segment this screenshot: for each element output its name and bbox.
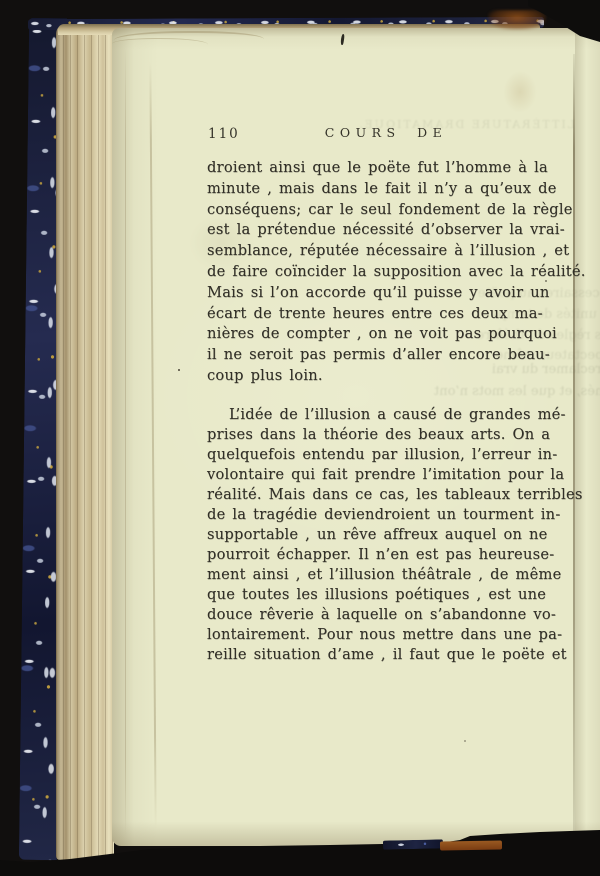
page-number: 110 xyxy=(208,126,240,142)
ink-mark xyxy=(340,34,345,45)
ink-speck xyxy=(545,280,547,282)
text-line: que toutes les illusions poétiques , est… xyxy=(207,585,528,605)
text-line: prises dans la théorie des beaux arts. O… xyxy=(207,425,528,445)
text-line: écart de trente heures entre ces deux ma… xyxy=(207,304,528,325)
page-edges-stack xyxy=(56,24,114,860)
text-line: quelquefois entendu par illusion, l’erre… xyxy=(207,445,528,465)
marbled-cover-fragment xyxy=(383,839,443,849)
text-line: reille situation d’ame , il faut que le … xyxy=(207,645,528,665)
text-line: nières de compter , on ne voit pas pourq… xyxy=(207,324,528,345)
text-line: pourroit échapper. Il n’en est pas heure… xyxy=(207,545,528,565)
text-line: de faire coïncider la supposition avec l… xyxy=(207,262,528,283)
page-fold-shade xyxy=(575,28,600,846)
text-line: semblance, réputée nécessaire à l’illusi… xyxy=(207,241,528,262)
text-line: conséquens; car le seul fondement de la … xyxy=(207,200,528,221)
paragraph-1: droient ainsi que le poëte fut l’homme à… xyxy=(207,158,528,387)
leather-smudge xyxy=(488,10,546,30)
running-head: COURS DE xyxy=(325,125,447,140)
text-line: il ne seroit pas permis d’aller encore b… xyxy=(207,345,528,366)
page-header: 110 COURS DE xyxy=(207,125,529,143)
leather-edge-fragment xyxy=(440,840,502,850)
ink-speck xyxy=(178,369,180,371)
text-line: L’idée de l’illusion a causé de grandes … xyxy=(207,405,528,425)
text-line: réalité. Mais dans ce cas, les tableaux … xyxy=(207,485,528,505)
page-curl-line xyxy=(112,38,208,51)
text-line: supportable , un rêve affreux auquel on … xyxy=(207,525,528,545)
text-line: droient ainsi que le poëte fut l’homme à… xyxy=(207,158,528,179)
text-line: volontaire qui fait prendre l’imitation … xyxy=(207,465,528,485)
photo-backdrop: LITTÉRATURE DRAMATIQUE. sont nécessaires… xyxy=(0,0,600,876)
book-page: LITTÉRATURE DRAMATIQUE. sont nécessaires… xyxy=(112,28,600,846)
ink-speck xyxy=(464,740,466,742)
text-line: minute , mais dans le fait il n’y a qu’e… xyxy=(207,179,528,200)
text-line: coup plus loin. xyxy=(207,366,528,387)
text-line: est la prétendue nécessité d’observer la… xyxy=(207,220,528,241)
paragraph-2: L’idée de l’illusion a causé de grandes … xyxy=(207,405,528,665)
text-line: ment ainsi , et l’illusion théâtrale , d… xyxy=(207,565,528,585)
page-vertical-crease xyxy=(125,48,126,836)
text-line: Mais si l’on accorde qu’il puisse y avoi… xyxy=(207,283,528,304)
text-line: de la tragédie deviendroient un tourment… xyxy=(207,505,528,525)
page-crease-line xyxy=(573,54,575,840)
text-line: douce rêverie à laquelle on s’abandonne … xyxy=(207,605,528,625)
text-line: lontairement. Pour nous mettre dans une … xyxy=(207,625,528,645)
page-vertical-crease xyxy=(149,62,156,828)
